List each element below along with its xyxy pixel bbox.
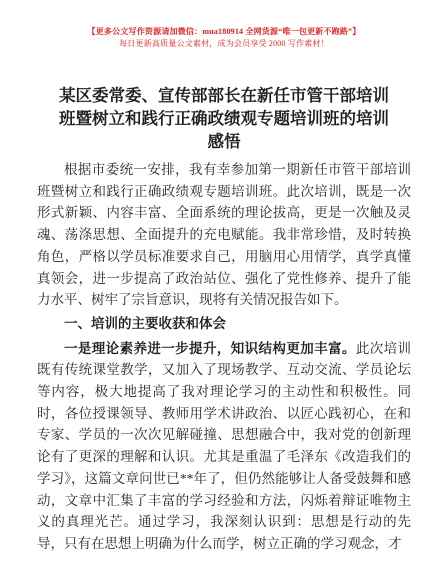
promo-header-line-2: 每日更新高质量公文素材，成为会员享受 2000 写作素材！ [0, 38, 448, 50]
section-heading-1: 一、培训的主要收获和体会 [37, 313, 411, 335]
document-page: 【更多公文写作资源请加微信：mua180914 全网货源“唯一包更新不跑路”】 … [0, 0, 448, 580]
paragraph-point-1-lead: 一是理论素养进一步提升，知识结构更加丰富。 [64, 341, 356, 356]
document-content: 某区委常委、宣传部部长在新任市管干部培训班暨树立和践行正确政绩观专题培训班的培训… [37, 84, 411, 555]
promo-header: 【更多公文写作资源请加微信：mua180914 全网货源“唯一包更新不跑路”】 … [0, 26, 448, 49]
document-title: 某区委常委、宣传部部长在新任市管干部培训班暨树立和践行正确政绩观专题培训班的培训… [54, 84, 394, 153]
paragraph-intro: 根据市委统一安排，我有幸参加第一期新任市管干部培训班暨树立和践行正确政绩观专题培… [37, 159, 411, 311]
promo-header-line-1: 【更多公文写作资源请加微信：mua180914 全网货源“唯一包更新不跑路”】 [0, 26, 448, 38]
paragraph-point-1: 一是理论素养进一步提升，知识结构更加丰富。此次培训既有传统课堂教学，又加入了现场… [37, 338, 411, 555]
paragraph-point-1-rest: 此次培训既有传统课堂教学，又加入了现场教学、互动交流、学员论坛等内容，极大地提高… [37, 341, 411, 551]
page-number: 1 [0, 540, 448, 550]
